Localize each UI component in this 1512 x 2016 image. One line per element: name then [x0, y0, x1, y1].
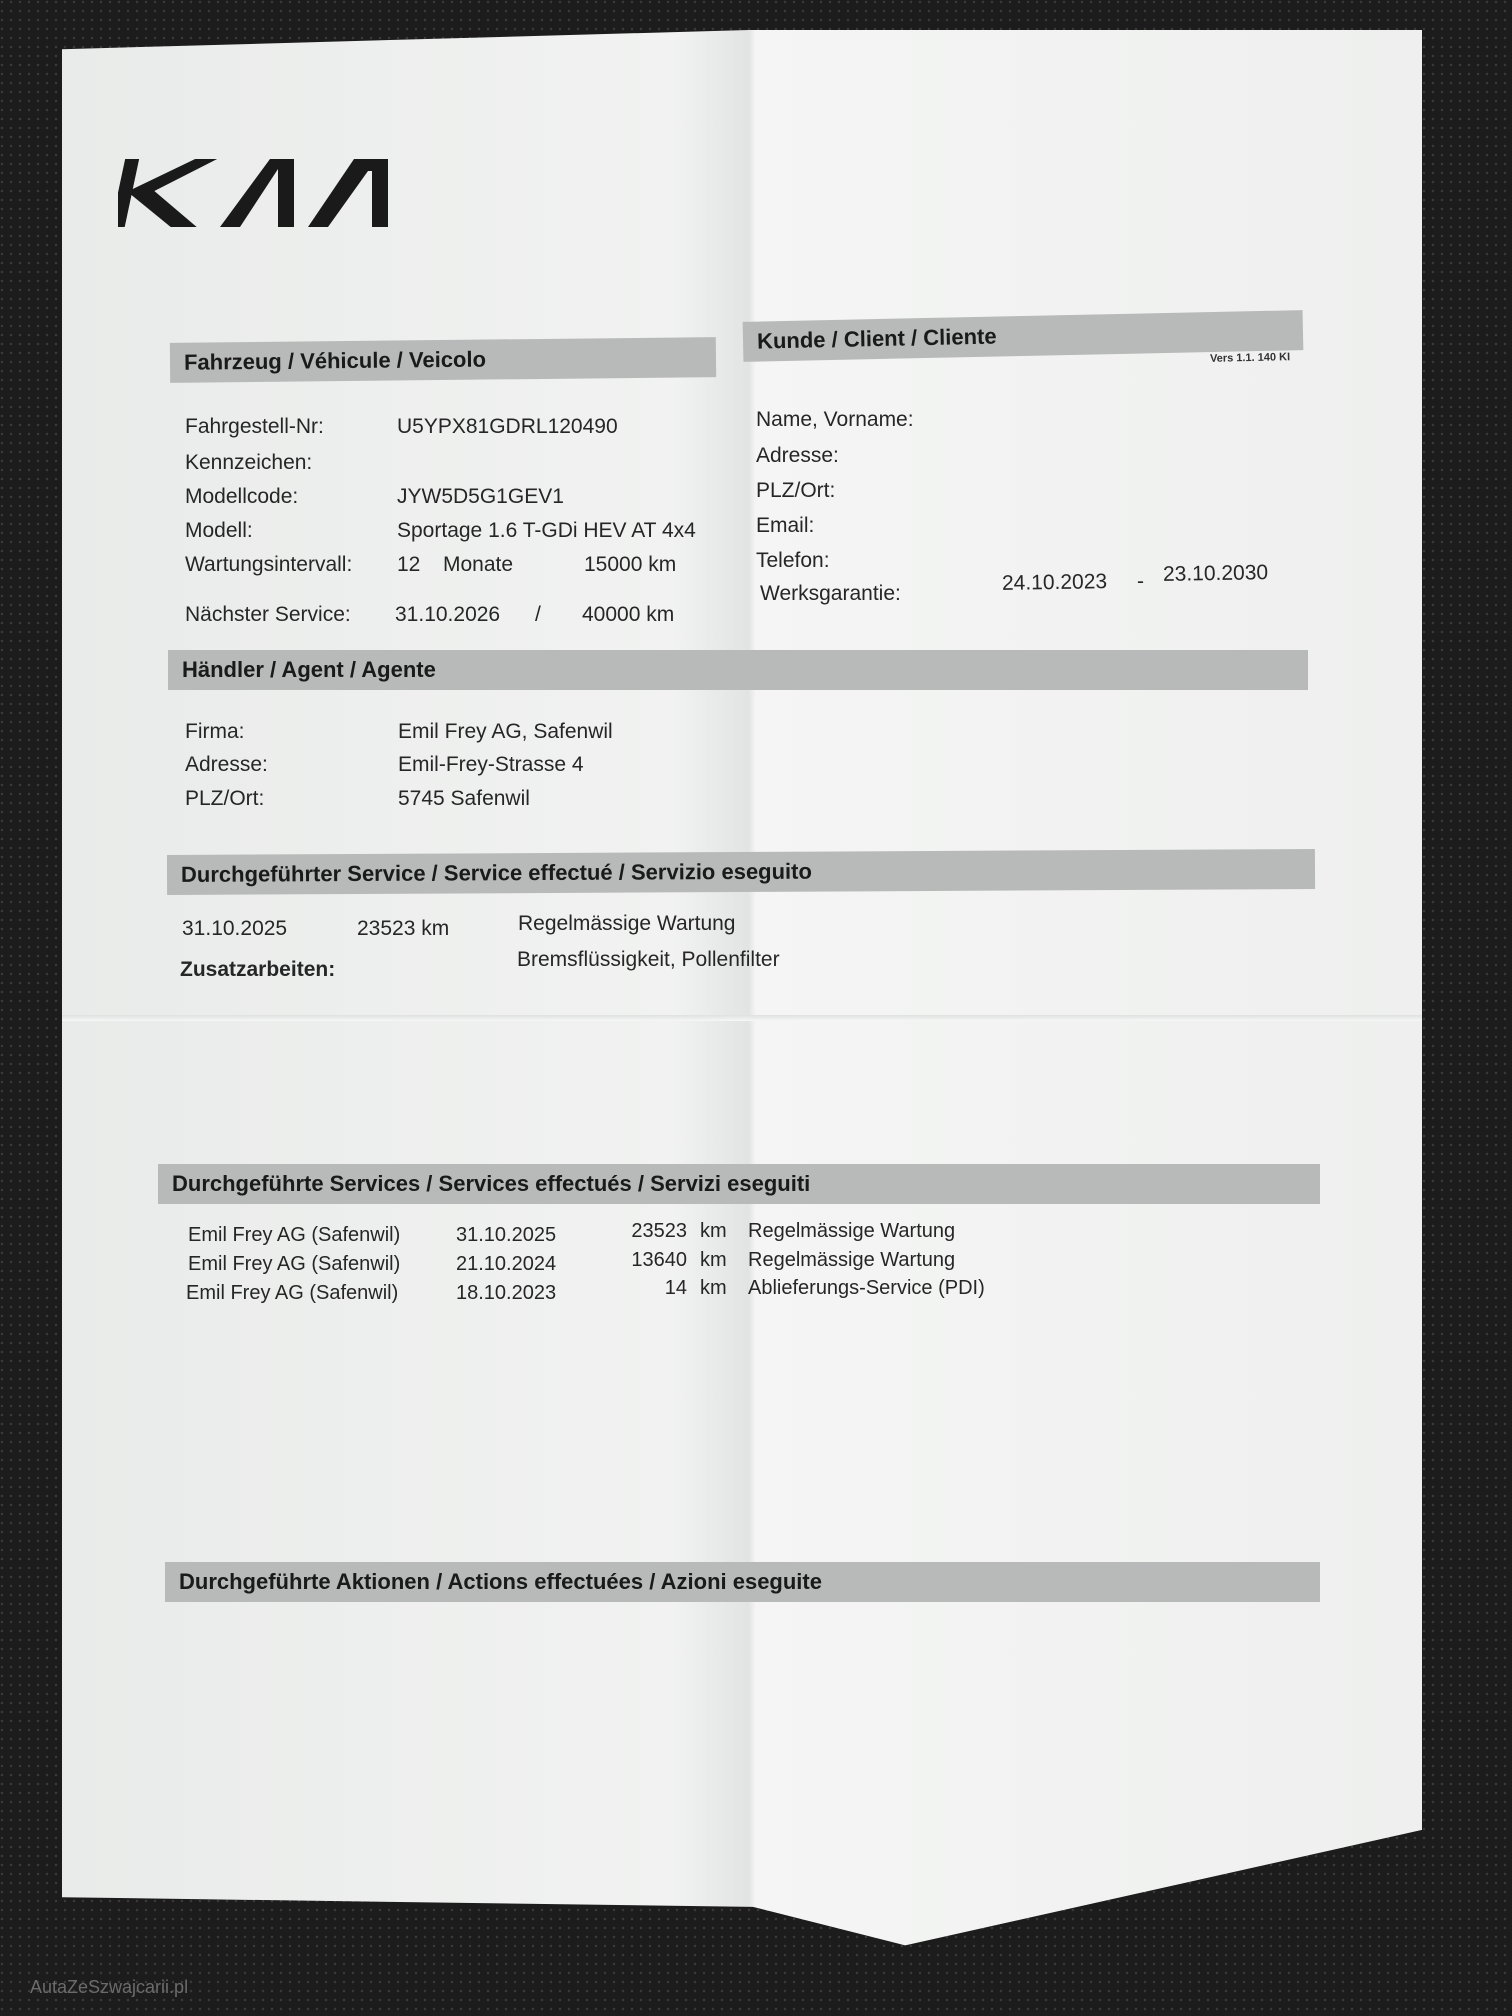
interval-months-unit: Monate [443, 553, 513, 577]
interval-label: Wartungsintervall: [185, 553, 352, 577]
history-km: 14 [597, 1277, 687, 1300]
history-km: 13640 [597, 1249, 687, 1272]
model-value: Sportage 1.6 T-GDi HEV AT 4x4 [397, 519, 696, 543]
history-type: Ablieferungs-Service (PDI) [748, 1277, 985, 1300]
next-service-separator: / [535, 603, 541, 627]
customer-name-label: Name, Vorname: [756, 408, 914, 432]
history-type: Regelmässige Wartung [748, 1220, 955, 1243]
kia-logo [118, 155, 398, 230]
warranty-from: 24.10.2023 [1002, 570, 1108, 596]
history-date: 31.10.2025 [456, 1224, 556, 1247]
performed-service-header: Durchgeführter Service / Service effectu… [167, 849, 1315, 895]
model-code-label: Modellcode: [185, 485, 298, 509]
performed-service-date: 31.10.2025 [182, 917, 287, 941]
dealer-company-label: Firma: [185, 720, 245, 744]
next-service-km: 40000 km [582, 603, 674, 627]
history-date: 18.10.2023 [456, 1282, 556, 1305]
customer-email-label: Email: [756, 514, 814, 538]
next-service-label: Nächster Service: [185, 603, 351, 627]
vin-label: Fahrgestell-Nr: [185, 415, 324, 439]
history-dealer: Emil Frey AG (Safenwil) [186, 1282, 398, 1305]
model-label: Modell: [185, 519, 253, 543]
dealer-zip-city: 5745 Safenwil [398, 787, 530, 811]
warranty-separator: - [1137, 570, 1144, 594]
performed-service-type: Regelmässige Wartung [518, 912, 736, 936]
next-service-date: 31.10.2026 [395, 603, 500, 627]
dealer-address: Emil-Frey-Strasse 4 [398, 753, 584, 777]
watermark: AutaZeSzwajcarii.pl [30, 1977, 188, 1998]
extra-work-value: Bremsflüssigkeit, Pollenfilter [517, 948, 780, 972]
fold-line [62, 1015, 1422, 1021]
service-history-header: Durchgeführte Services / Services effect… [158, 1164, 1320, 1204]
plate-label: Kennzeichen: [185, 451, 312, 475]
history-unit: km [700, 1220, 727, 1243]
performed-service-km: 23523 km [357, 917, 449, 941]
customer-zip-label: PLZ/Ort: [756, 479, 835, 503]
history-date: 21.10.2024 [456, 1253, 556, 1276]
interval-months: 12 [397, 553, 420, 577]
history-dealer: Emil Frey AG (Safenwil) [188, 1224, 400, 1247]
dealer-company: Emil Frey AG, Safenwil [398, 720, 613, 744]
vehicle-section-header: Fahrzeug / Véhicule / Veicolo [170, 337, 716, 383]
dealer-address-label: Adresse: [185, 753, 268, 777]
warranty-to: 23.10.2030 [1163, 561, 1269, 587]
model-code-value: JYW5D5G1GEV1 [397, 485, 564, 509]
extra-work-label: Zusatzarbeiten: [180, 958, 335, 982]
customer-address-label: Adresse: [756, 444, 839, 468]
actions-section-header: Durchgeführte Aktionen / Actions effectu… [165, 1562, 1320, 1602]
dealer-section-header: Händler / Agent / Agente [168, 650, 1308, 690]
customer-phone-label: Telefon: [756, 549, 830, 573]
history-km: 23523 [597, 1220, 687, 1243]
warranty-label: Werksgarantie: [760, 582, 901, 606]
interval-km: 15000 km [584, 553, 676, 577]
history-unit: km [700, 1277, 727, 1300]
history-type: Regelmässige Wartung [748, 1249, 955, 1272]
version-label: Vers 1.1. 140 KI [1210, 351, 1290, 365]
history-dealer: Emil Frey AG (Safenwil) [188, 1253, 400, 1276]
vin-value: U5YPX81GDRL120490 [397, 415, 618, 439]
history-unit: km [700, 1249, 727, 1272]
dealer-zip-label: PLZ/Ort: [185, 787, 264, 811]
